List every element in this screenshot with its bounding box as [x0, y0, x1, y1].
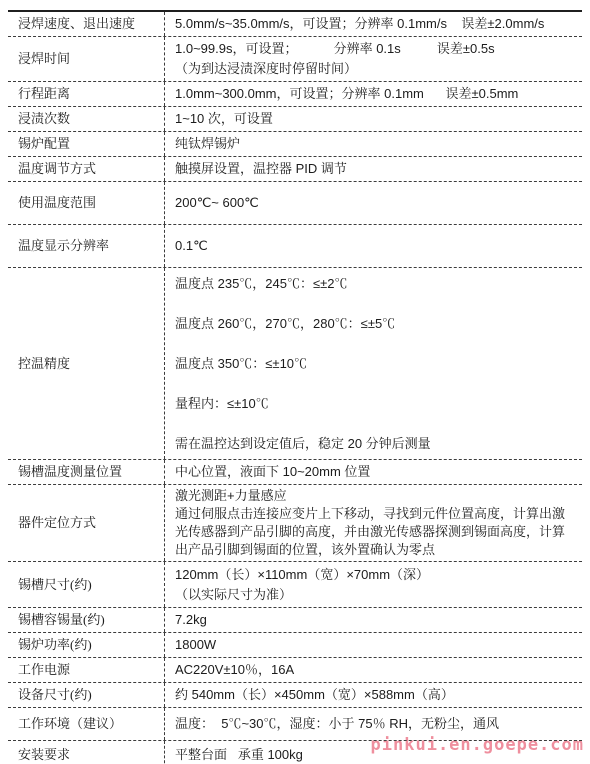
- row-label: 浸焊时间: [8, 37, 165, 81]
- row-label: 控温精度: [8, 268, 165, 459]
- table-row: 锡炉配置纯钛焊锡炉: [8, 132, 582, 157]
- table-row: 工作电源AC220V±10％，16A: [8, 658, 582, 683]
- row-value: 5.0mm/s~35.0mm/s，可设置；分辨率 0.1mm/s 误差±2.0m…: [165, 12, 582, 36]
- value-line: （为到达浸渍深度时停留时间）: [175, 59, 576, 79]
- table-row: 温度显示分辨率0.1℃: [8, 225, 582, 268]
- value-line: AC220V±10％，16A: [175, 660, 576, 680]
- row-label: 浸焊速度、退出速度: [8, 12, 165, 36]
- table-row: 锡槽温度测量位置中心位置，液面下 10~20mm 位置: [8, 460, 582, 485]
- value-line: 触摸屏设置，温控器 PID 调节: [175, 159, 576, 179]
- value-line: 5.0mm/s~35.0mm/s，可设置；分辨率 0.1mm/s 误差±2.0m…: [175, 14, 576, 34]
- table-row: 锡槽尺寸(约)120mm（长）×110mm（宽）×70mm（深）（以实际尺寸为准…: [8, 562, 582, 608]
- value-line: 通过伺服点击连接应变片上下移动，寻找到元件位置高度，计算出激光传感器到产品引脚的…: [175, 505, 576, 559]
- table-row: 浸焊速度、退出速度5.0mm/s~35.0mm/s，可设置；分辨率 0.1mm/…: [8, 12, 582, 37]
- row-value: 激光测距+力量感应通过伺服点击连接应变片上下移动，寻找到元件位置高度，计算出激光…: [165, 485, 582, 561]
- value-line: （以实际尺寸为准）: [175, 585, 576, 605]
- table-row: 浸渍次数1~10 次，可设置: [8, 107, 582, 132]
- row-value: 1.0mm~300.0mm，可设置；分辨率 0.1mm 误差±0.5mm: [165, 82, 582, 106]
- row-label: 浸渍次数: [8, 107, 165, 131]
- value-line: 温度： 5℃~30℃，湿度：小于 75％ RH，无粉尘，通风: [175, 714, 576, 734]
- row-value: 约 540mm（长）×450mm（宽）×588mm（高）: [165, 683, 582, 707]
- row-value: 7.2kg: [165, 608, 582, 632]
- value-line: 纯钛焊锡炉: [175, 134, 576, 154]
- row-label: 安装要求: [8, 741, 165, 764]
- row-value: AC220V±10％，16A: [165, 658, 582, 682]
- value-line: 温度点 235℃，245℃：≤±2℃: [175, 274, 576, 294]
- table-row: 使用温度范围200℃~ 600℃: [8, 182, 582, 225]
- table-row: 设备尺寸(约)约 540mm（长）×450mm（宽）×588mm（高）: [8, 683, 582, 708]
- row-value: 纯钛焊锡炉: [165, 132, 582, 156]
- table-row: 浸焊时间1.0~99.9s，可设置； 分辨率 0.1s 误差±0.5s（为到达浸…: [8, 37, 582, 82]
- table-row: 工作环境（建议）温度： 5℃~30℃，湿度：小于 75％ RH，无粉尘，通风: [8, 708, 582, 741]
- row-value: 平整台面 承重 100kg: [165, 741, 582, 764]
- value-line: 中心位置，液面下 10~20mm 位置: [175, 462, 576, 482]
- value-line: 温度点 260℃，270℃，280℃：≤±5℃: [175, 314, 576, 334]
- row-label: 使用温度范围: [8, 182, 165, 224]
- row-value: 温度： 5℃~30℃，湿度：小于 75％ RH，无粉尘，通风: [165, 708, 582, 740]
- table-row: 控温精度温度点 235℃，245℃：≤±2℃温度点 260℃，270℃，280℃…: [8, 268, 582, 460]
- value-line: 7.2kg: [175, 610, 576, 630]
- row-label: 器件定位方式: [8, 485, 165, 561]
- row-label: 锡槽温度测量位置: [8, 460, 165, 484]
- value-line: 1.0mm~300.0mm，可设置；分辨率 0.1mm 误差±0.5mm: [175, 84, 576, 104]
- row-value: 1~10 次，可设置: [165, 107, 582, 131]
- row-label: 设备尺寸(约): [8, 683, 165, 707]
- row-label: 行程距离: [8, 82, 165, 106]
- specification-table: 浸焊速度、退出速度5.0mm/s~35.0mm/s，可设置；分辨率 0.1mm/…: [8, 10, 582, 764]
- value-line: 平整台面 承重 100kg: [175, 745, 576, 764]
- value-line: 1800W: [175, 635, 576, 655]
- value-line: 200℃~ 600℃: [175, 193, 576, 213]
- row-value: 0.1℃: [165, 225, 582, 267]
- value-line: 1~10 次，可设置: [175, 109, 576, 129]
- row-value: 温度点 235℃，245℃：≤±2℃温度点 260℃，270℃，280℃：≤±5…: [165, 268, 582, 459]
- table-row: 行程距离1.0mm~300.0mm，可设置；分辨率 0.1mm 误差±0.5mm: [8, 82, 582, 107]
- value-line: 需在温控达到设定值后，稳定 20 分钟后测量: [175, 434, 576, 454]
- table-row: 器件定位方式激光测距+力量感应通过伺服点击连接应变片上下移动，寻找到元件位置高度…: [8, 485, 582, 562]
- value-line: 温度点 350℃：≤±10℃: [175, 354, 576, 374]
- value-line: 1.0~99.9s，可设置； 分辨率 0.1s 误差±0.5s: [175, 39, 576, 59]
- table-row: 安装要求平整台面 承重 100kg: [8, 741, 582, 764]
- table-row: 温度调节方式触摸屏设置，温控器 PID 调节: [8, 157, 582, 182]
- row-value: 200℃~ 600℃: [165, 182, 582, 224]
- row-value: 1800W: [165, 633, 582, 657]
- table-row: 锡槽容锡量(约)7.2kg: [8, 608, 582, 633]
- row-label: 工作环境（建议）: [8, 708, 165, 740]
- row-value: 1.0~99.9s，可设置； 分辨率 0.1s 误差±0.5s（为到达浸渍深度时…: [165, 37, 582, 81]
- row-label: 工作电源: [8, 658, 165, 682]
- row-value: 触摸屏设置，温控器 PID 调节: [165, 157, 582, 181]
- row-label: 锡炉功率(约): [8, 633, 165, 657]
- row-value: 120mm（长）×110mm（宽）×70mm（深）（以实际尺寸为准）: [165, 562, 582, 607]
- row-label: 锡槽尺寸(约): [8, 562, 165, 607]
- row-label: 锡炉配置: [8, 132, 165, 156]
- value-line: 120mm（长）×110mm（宽）×70mm（深）: [175, 565, 576, 585]
- value-line: 量程内：≤±10℃: [175, 394, 576, 414]
- value-line: 0.1℃: [175, 236, 576, 256]
- row-value: 中心位置，液面下 10~20mm 位置: [165, 460, 582, 484]
- table-row: 锡炉功率(约)1800W: [8, 633, 582, 658]
- row-label: 温度调节方式: [8, 157, 165, 181]
- value-line: 激光测距+力量感应: [175, 487, 576, 505]
- row-label: 温度显示分辨率: [8, 225, 165, 267]
- value-line: 约 540mm（长）×450mm（宽）×588mm（高）: [175, 685, 576, 705]
- row-label: 锡槽容锡量(约): [8, 608, 165, 632]
